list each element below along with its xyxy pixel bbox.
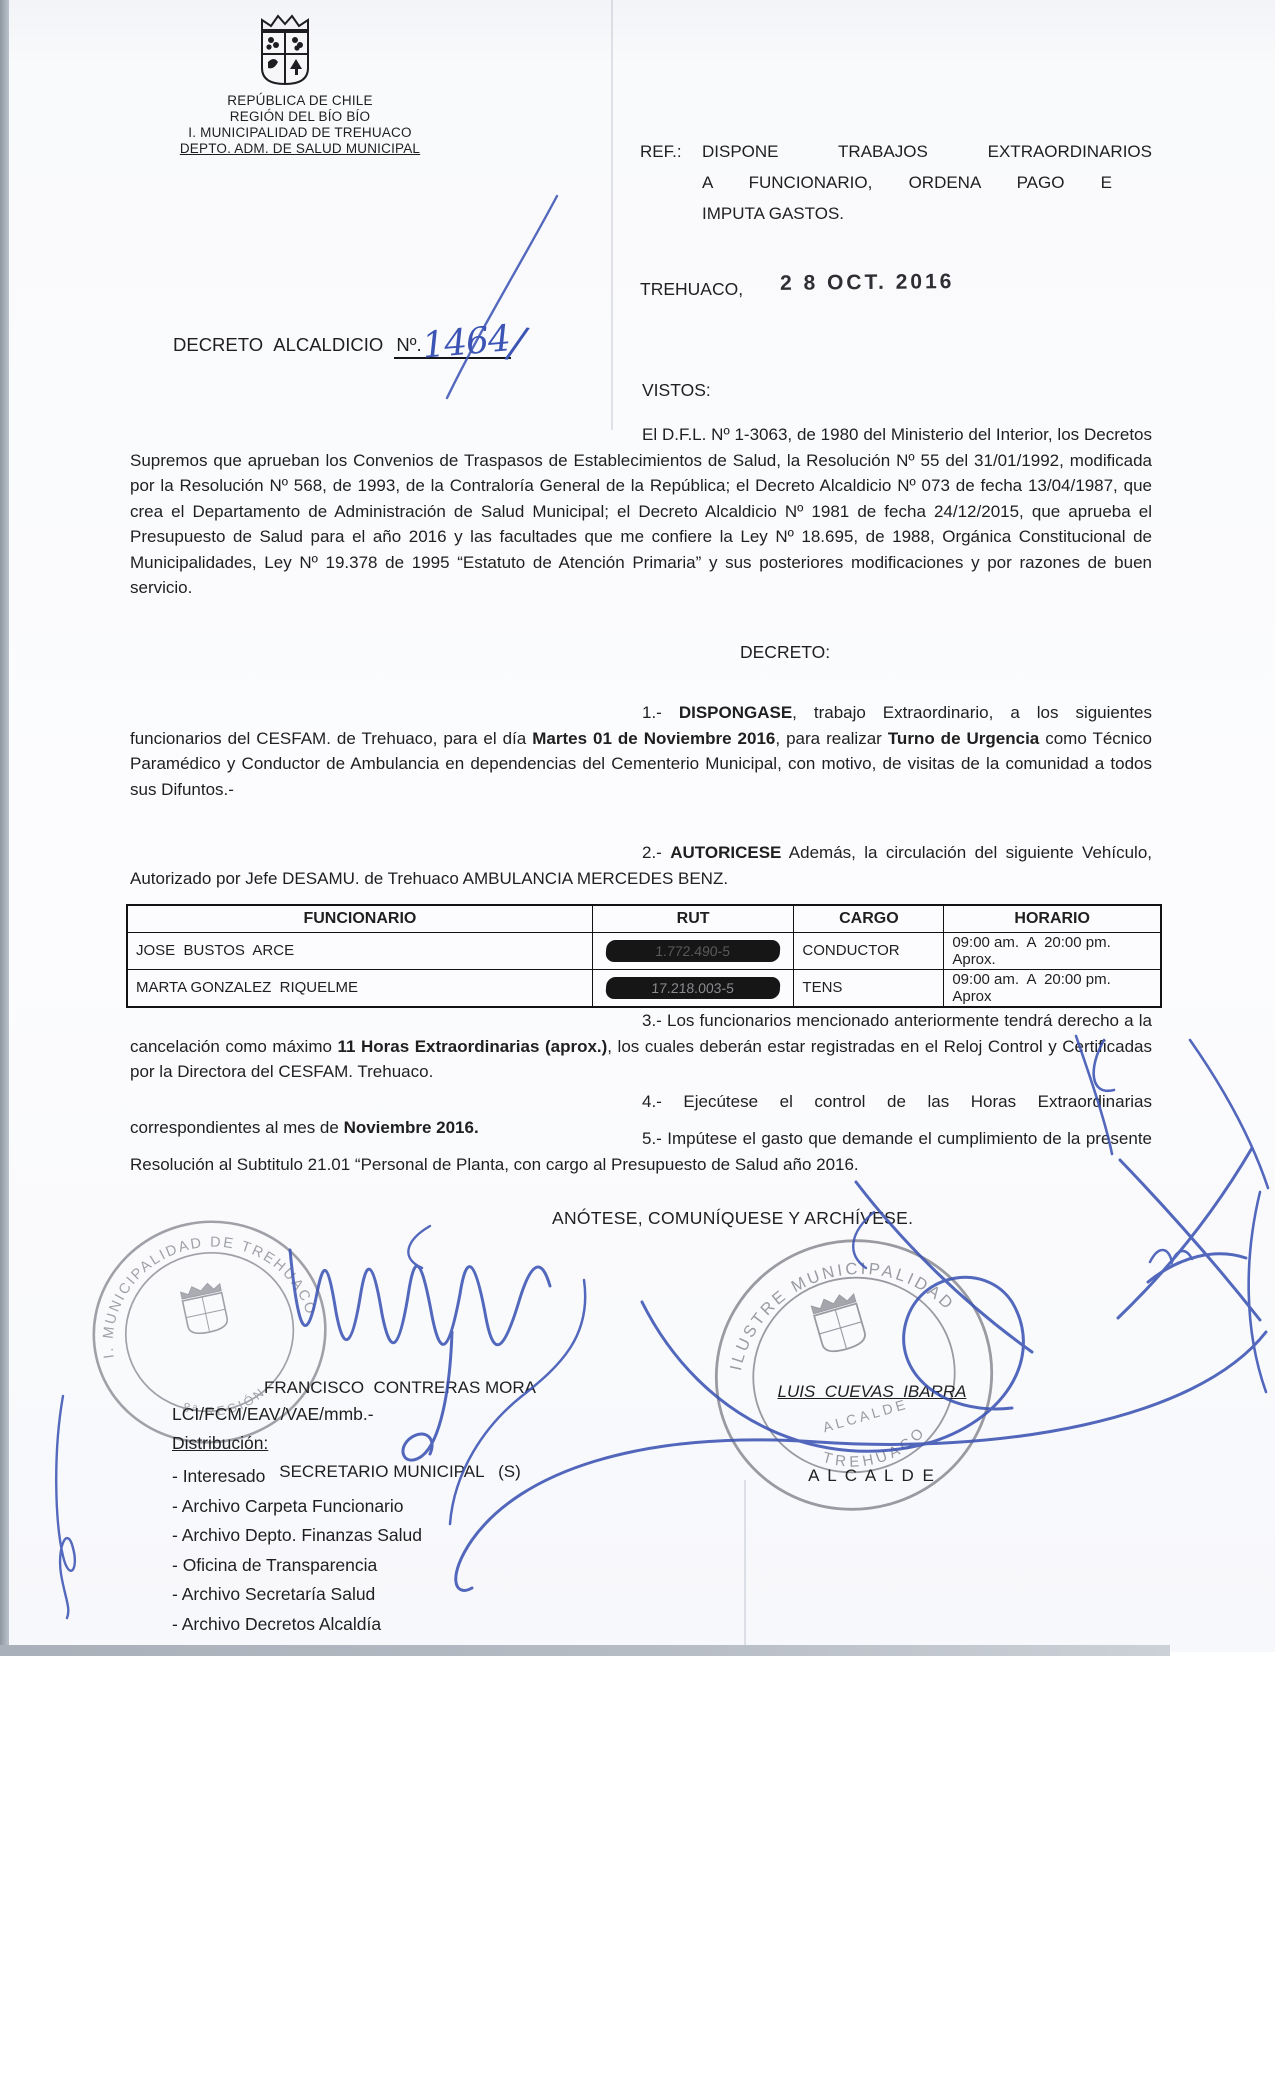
distribution-item: - Archivo Carpeta Funcionario bbox=[172, 1492, 422, 1522]
margin-pen-mark bbox=[56, 1396, 75, 1618]
mayor-signature-ink bbox=[1190, 1040, 1268, 1188]
letterhead-line: REPÚBLICA DE CHILE bbox=[140, 93, 460, 109]
cell-horario: 09:00 am. A 20:00 pm. Aprox bbox=[944, 969, 1161, 1007]
distribution-item: - Archivo Secretaría Salud bbox=[172, 1580, 422, 1610]
cell-rut: 1.772.490-5 bbox=[592, 932, 794, 969]
table-header-rut: RUT bbox=[592, 905, 794, 932]
distribution-item: - Archivo Decretos Alcaldía bbox=[172, 1610, 422, 1640]
stamp-left-crest-icon bbox=[180, 1281, 229, 1336]
secretary-name: FRANCISCO CONTRERAS MORA bbox=[232, 1374, 568, 1402]
article-1: 1.- DISPONGASE, trabajo Extraordinario, … bbox=[130, 700, 1152, 802]
table-row: MARTA GONZALEZ RIQUELME 17.218.003-5 TEN… bbox=[127, 969, 1161, 1007]
cell-funcionario: MARTA GONZALEZ RIQUELME bbox=[127, 969, 592, 1007]
staff-table: FUNCIONARIO RUT CARGO HORARIO JOSE BUSTO… bbox=[126, 904, 1162, 1008]
initials-line: LCI/FCM/EAV/VAE/mmb.- bbox=[172, 1404, 374, 1425]
decree-number-handwritten: 1464 bbox=[421, 329, 510, 357]
mayor-name: LUIS CUEVAS IBARRA bbox=[702, 1378, 1042, 1406]
paper-shadow bbox=[0, 1645, 1170, 1656]
reference-line: A FUNCIONARIO, ORDENA PAGO E bbox=[702, 167, 1112, 198]
cell-cargo: CONDUCTOR bbox=[794, 932, 944, 969]
mayor-title: A L C A L D E bbox=[702, 1462, 1042, 1490]
cell-horario: 09:00 am. A 20:00 pm. Aprox. bbox=[944, 932, 1161, 969]
letterhead: REPÚBLICA DE CHILE REGIÓN DEL BÍO BÍO I.… bbox=[140, 93, 460, 157]
letterhead-line: DEPTO. ADM. DE SALUD MUNICIPAL bbox=[140, 141, 460, 157]
table-row: JOSE BUSTOS ARCE 1.772.490-5 CONDUCTOR 0… bbox=[127, 932, 1161, 969]
table-header-cargo: CARGO bbox=[794, 905, 944, 932]
reference-line: DISPONE TRABAJOS EXTRAORDINARIOS bbox=[702, 136, 1152, 167]
reference-label: REF.: bbox=[640, 136, 682, 167]
mayor-signature-ink bbox=[1148, 1254, 1246, 1282]
rut-redaction: 17.218.003-5 bbox=[606, 977, 781, 999]
decree-title-label: DECRETO ALCALDICIO bbox=[173, 334, 383, 355]
reference-block: REF.: DISPONE TRABAJOS EXTRAORDINARIOS A… bbox=[640, 136, 1155, 229]
table-header-row: FUNCIONARIO RUT CARGO HORARIO bbox=[127, 905, 1161, 932]
pen-stroke-arc bbox=[408, 1226, 430, 1268]
distribution-item: - Archivo Depto. Finanzas Salud bbox=[172, 1521, 422, 1551]
decree-number-group: Nº.1464 bbox=[394, 330, 511, 359]
document-scan: I. MUNICIPALIDAD DE TREHUACO 8ª REGIÓN I… bbox=[0, 0, 1275, 1652]
distribution-title: Distribución: bbox=[172, 1433, 268, 1454]
scanner-edge bbox=[0, 0, 9, 1652]
distribution-item: - Interesado bbox=[172, 1462, 422, 1492]
mayor-signature-ink bbox=[1120, 1160, 1260, 1320]
vistos-heading: VISTOS: bbox=[642, 380, 711, 401]
table-header-horario: HORARIO bbox=[944, 905, 1161, 932]
vistos-body: El D.F.L. Nº 1-3063, de 1980 del Ministe… bbox=[130, 422, 1152, 601]
mayor-signature-ink bbox=[1150, 1250, 1192, 1262]
document-page: { "colors": {"ink_blue": "#3c54b4", "sta… bbox=[0, 0, 1275, 2100]
cell-rut: 17.218.003-5 bbox=[592, 969, 794, 1007]
letterhead-line: I. MUNICIPALIDAD DE TREHUACO bbox=[140, 125, 460, 141]
decree-number-prefix: Nº. bbox=[396, 334, 421, 355]
place-line: TREHUACO, bbox=[640, 279, 743, 300]
reference-line: IMPUTA GASTOS. bbox=[702, 198, 1152, 229]
mayor-signature-block: LUIS CUEVAS IBARRA A L C A L D E bbox=[702, 1322, 1042, 1546]
pen-stroke-decree-number bbox=[447, 196, 557, 398]
rut-redaction: 1.772.490-5 bbox=[606, 940, 781, 962]
article-2: 2.- AUTORICESE Además, la circulación de… bbox=[130, 840, 1152, 891]
decree-title: DECRETO ALCALDICIO Nº.1464/ bbox=[173, 327, 525, 359]
mayor-signature-ink bbox=[1249, 1192, 1266, 1392]
cell-cargo: TENS bbox=[794, 969, 944, 1007]
coat-of-arms-icon bbox=[250, 14, 320, 92]
letterhead-line: REGIÓN DEL BÍO BÍO bbox=[140, 109, 460, 125]
table-header-funcionario: FUNCIONARIO bbox=[127, 905, 592, 932]
cell-funcionario: JOSE BUSTOS ARCE bbox=[127, 932, 592, 969]
decreto-heading: DECRETO: bbox=[740, 642, 830, 663]
paper-fold-line bbox=[611, 0, 613, 430]
distribution-list: - Interesado - Archivo Carpeta Funcionar… bbox=[172, 1462, 422, 1639]
article-5: 5.- Impútese el gasto que demande el cum… bbox=[130, 1126, 1152, 1177]
closing-line: ANÓTESE, COMUNÍQUESE Y ARCHÍVESE. bbox=[552, 1208, 913, 1229]
distribution-item: - Oficina de Transparencia bbox=[172, 1551, 422, 1581]
article-3: 3.- Los funcionarios mencionado anterior… bbox=[130, 1008, 1152, 1085]
decree-number-slash: / bbox=[509, 332, 526, 354]
date-stamp: 2 8 OCT. 2016 bbox=[780, 270, 955, 296]
